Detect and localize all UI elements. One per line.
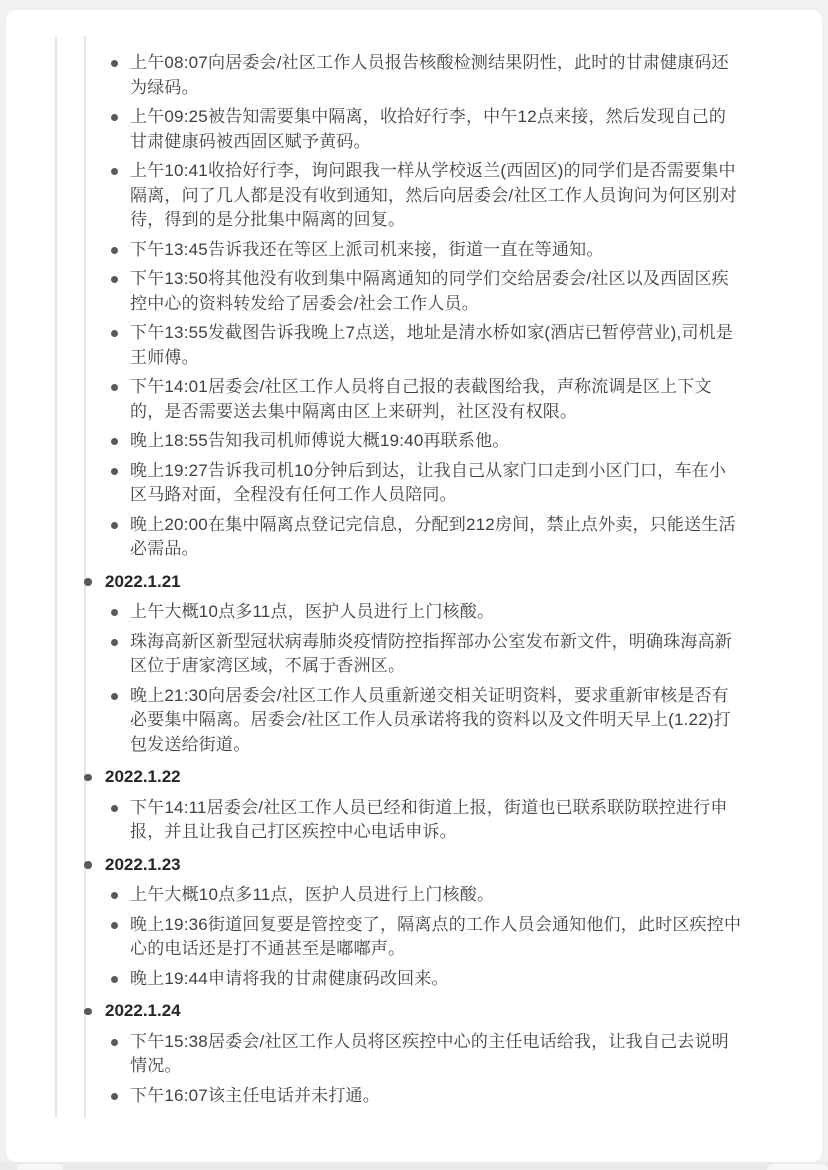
timeline-entry: 上午大概10点多11点，医护人员进行上门核酸。 (6, 600, 742, 625)
timeline-entry-text: 下午13:50将其他没有收到集中隔离通知的同学们交给居委会/社区以及西固区疾控中… (130, 269, 729, 313)
date-heading: 2022.1.23 (105, 855, 181, 874)
timeline-entry: 晚上18:55告知我司机师傅说大概19:40再联系他。 (6, 429, 742, 454)
bullet-icon (111, 276, 118, 283)
timeline-date-group: 2022.1.21 上午大概10点多11点，医护人员进行上门核酸。 珠海高新区新… (6, 570, 822, 758)
article-card: 上午08:07向居委会/社区工作人员报告核酸检测结果阴性，此时的甘肃健康码还为绿… (6, 10, 822, 1162)
timeline-entry: 下午13:50将其他没有收到集中隔离通知的同学们交给居委会/社区以及西固区疾控中… (6, 267, 742, 316)
timeline-entry: 晚上19:44申请将我的甘肃健康码改回来。 (6, 967, 742, 992)
timeline-entry-text: 晚上19:36街道回复要是管控变了，隔离点的工作人员会通知他们，此时区疾控中心的… (130, 915, 741, 959)
bullet-icon (111, 168, 118, 175)
bullet-icon (84, 861, 92, 869)
timeline-entry-text: 下午16:07该主任电话并未打通。 (130, 1086, 380, 1105)
timeline-entry-text: 晚上20:00在集中隔离点登记完信息，分配到212房间，禁止点外卖，只能送生活必… (130, 515, 736, 559)
timeline-entry: 晚上19:36街道回复要是管控变了，隔离点的工作人员会通知他们，此时区疾控中心的… (6, 913, 742, 962)
timeline-entry-text: 下午14:01居委会/社区工作人员将自己报的表截图给我，声称流调是区上下文的，是… (130, 377, 712, 421)
bullet-icon (111, 892, 118, 899)
bullet-icon (111, 1039, 118, 1046)
date-heading: 2022.1.22 (105, 767, 181, 786)
timeline-entry-text: 上午09:25被告知需要集中隔离，收拾好行李，中午12点来接，然后发现自己的甘肃… (130, 107, 726, 151)
date-heading: 2022.1.24 (105, 1001, 181, 1020)
timeline-entry: 下午14:11居委会/社区工作人员已经和街道上报，街道也已联系联防联控进行申报，… (6, 796, 742, 845)
bullet-icon (111, 522, 118, 529)
bullet-icon (111, 1093, 118, 1100)
timeline-entry-text: 上午10:41收拾好行李，询问跟我一样从学校返兰(西固区)的同学们是否需要集中隔… (130, 161, 737, 229)
bullet-icon (111, 60, 118, 67)
timeline-entry: 下午13:45告诉我还在等区上派司机来接，街道一直在等通知。 (6, 238, 742, 263)
timeline-date-group: 2022.1.24 下午15:38居委会/社区工作人员将区疾控中心的主任电话给我… (6, 999, 822, 1108)
bullet-icon (111, 609, 118, 616)
bullet-icon (111, 468, 118, 475)
timeline-date-group: 2022.1.23 上午大概10点多11点，医护人员进行上门核酸。 晚上19:3… (6, 853, 822, 992)
timeline-list: 上午08:07向居委会/社区工作人员报告核酸检测结果阴性，此时的甘肃健康码还为绿… (6, 51, 822, 1113)
timeline-date-group: 2022.1.22 下午14:11居委会/社区工作人员已经和街道上报，街道也已联… (6, 765, 822, 845)
bullet-icon (111, 693, 118, 700)
timeline-entry-text: 上午大概10点多11点，医护人员进行上门核酸。 (130, 885, 494, 904)
timeline-entry-text: 珠海高新区新型冠状病毒肺炎疫情防控指挥部办公室发布新文件，明确珠海高新区位于唐家… (130, 632, 732, 676)
timeline-entry-text: 晚上21:30向居委会/社区工作人员重新递交相关证明资料，要求重新审核是否有必要… (130, 686, 731, 754)
bullet-icon (84, 578, 92, 586)
next-card-corner-right (767, 1164, 828, 1170)
timeline-entry: 下午16:07该主任电话并未打通。 (6, 1084, 742, 1109)
timeline-entry-text: 下午13:45告诉我还在等区上派司机来接，街道一直在等通知。 (130, 240, 604, 259)
timeline-entry: 上午09:25被告知需要集中隔离，收拾好行李，中午12点来接，然后发现自己的甘肃… (6, 105, 742, 154)
timeline-entry: 上午08:07向居委会/社区工作人员报告核酸检测结果阴性，此时的甘肃健康码还为绿… (6, 51, 742, 100)
timeline-entry: 晚上21:30向居委会/社区工作人员重新递交相关证明资料，要求重新审核是否有必要… (6, 684, 742, 758)
timeline-entry: 下午13:55发截图告诉我晚上7点送，地址是清水桥如家(酒店已暂停营业),司机是… (6, 321, 742, 370)
bullet-icon (111, 384, 118, 391)
timeline-entry: 上午大概10点多11点，医护人员进行上门核酸。 (6, 883, 742, 908)
timeline-entry-text: 晚上19:44申请将我的甘肃健康码改回来。 (130, 969, 449, 988)
timeline-entry: 下午14:01居委会/社区工作人员将自己报的表截图给我，声称流调是区上下文的，是… (6, 375, 742, 424)
timeline-entry-text: 晚上19:27告诉我司机10分钟后到达，让我自己从家门口走到小区门口，车在小区马… (130, 461, 726, 505)
timeline-entry-text: 下午14:11居委会/社区工作人员已经和街道上报，街道也已联系联防联控进行申报，… (130, 798, 728, 842)
timeline-entry-text: 下午13:55发截图告诉我晚上7点送，地址是清水桥如家(酒店已暂停营业),司机是… (130, 323, 733, 367)
timeline-entry-text: 上午大概10点多11点，医护人员进行上门核酸。 (130, 602, 494, 621)
timeline-entry: 上午10:41收拾好行李，询问跟我一样从学校返兰(西固区)的同学们是否需要集中隔… (6, 159, 742, 233)
date-heading: 2022.1.21 (105, 572, 181, 591)
bullet-icon (84, 774, 92, 782)
timeline-entry-text: 上午08:07向居委会/社区工作人员报告核酸检测结果阴性，此时的甘肃健康码还为绿… (130, 53, 729, 97)
timeline-entry-text: 下午15:38居委会/社区工作人员将区疾控中心的主任电话给我，让我自己去说明情况… (130, 1032, 729, 1076)
bullet-icon (111, 247, 118, 254)
next-card-corner-left (17, 1164, 63, 1170)
timeline-entry: 下午15:38居委会/社区工作人员将区疾控中心的主任电话给我，让我自己去说明情况… (6, 1030, 742, 1079)
bullet-icon (111, 805, 118, 812)
page-background: 上午08:07向居委会/社区工作人员报告核酸检测结果阴性，此时的甘肃健康码还为绿… (0, 0, 828, 1170)
bullet-icon (111, 114, 118, 121)
bullet-icon (111, 922, 118, 929)
bullet-icon (84, 1008, 92, 1016)
date-heading-row: 2022.1.24 (6, 999, 822, 1024)
timeline-entry: 珠海高新区新型冠状病毒肺炎疫情防控指挥部办公室发布新文件，明确珠海高新区位于唐家… (6, 630, 742, 679)
date-heading-row: 2022.1.23 (6, 853, 822, 878)
bullet-icon (111, 330, 118, 337)
timeline-entry: 晚上20:00在集中隔离点登记完信息，分配到212房间，禁止点外卖，只能送生活必… (6, 513, 742, 562)
date-heading-row: 2022.1.22 (6, 765, 822, 790)
timeline-entry: 晚上19:27告诉我司机10分钟后到达，让我自己从家门口走到小区门口，车在小区马… (6, 459, 742, 508)
timeline-date-group: 上午08:07向居委会/社区工作人员报告核酸检测结果阴性，此时的甘肃健康码还为绿… (6, 51, 822, 562)
timeline-entry-text: 晚上18:55告知我司机师傅说大概19:40再联系他。 (130, 431, 509, 450)
date-heading-row: 2022.1.21 (6, 570, 822, 595)
bullet-icon (111, 639, 118, 646)
page-gap (0, 1162, 828, 1170)
bullet-icon (111, 438, 118, 445)
bullet-icon (111, 976, 118, 983)
